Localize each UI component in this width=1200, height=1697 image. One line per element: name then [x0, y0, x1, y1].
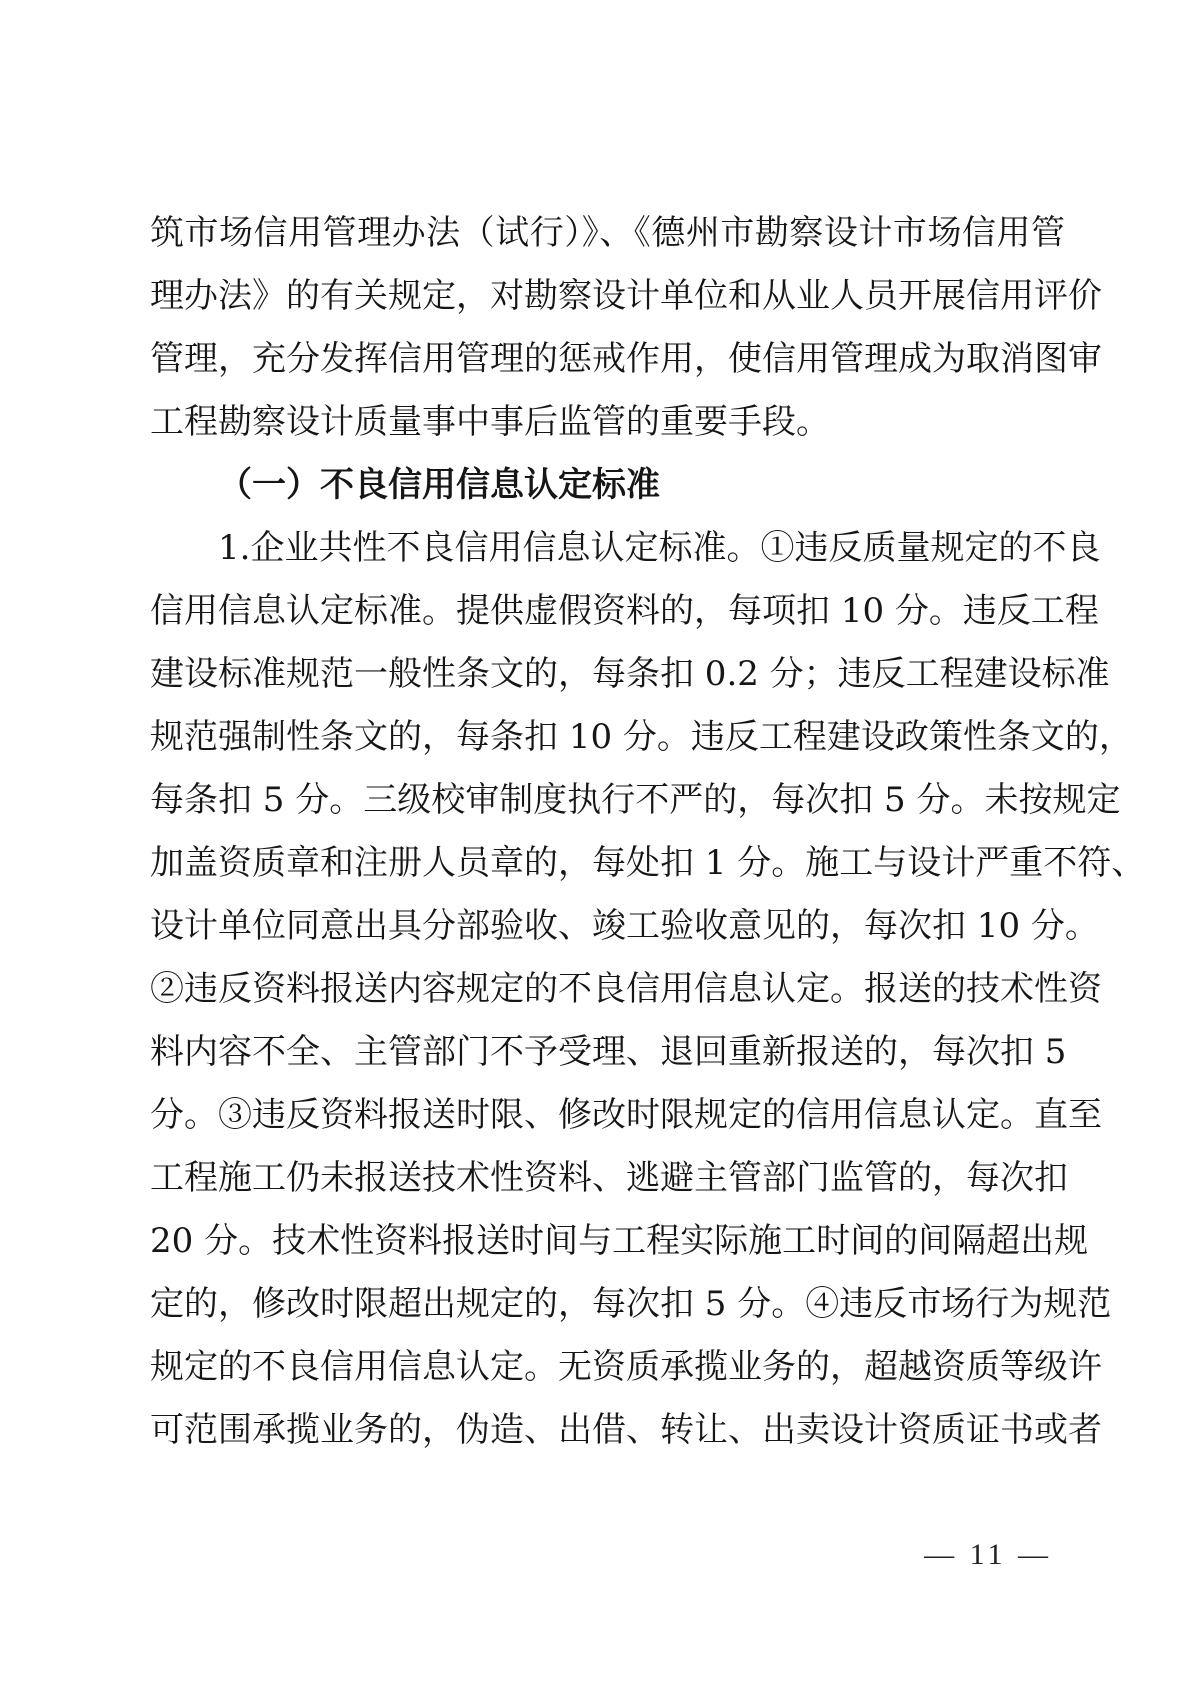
text-line: 工程施工仍未报送技术性资料、逃避主管部门监管的，每次扣 — [150, 1147, 1065, 1210]
text-line: 加盖资质章和注册人员章的，每处扣 1 分。施工与设计严重不符、 — [150, 832, 1065, 895]
page-number: — 11 — — [924, 1538, 1052, 1572]
text-line: 筑市场信用管理办法（试行）》、《德州市勘察设计市场信用管 — [150, 202, 1065, 265]
text-line: 规定的不良信用信息认定。无资质承揽业务的，超越资质等级许 — [150, 1336, 1065, 1399]
text-line: 理办法》的有关规定，对勘察设计单位和从业人员开展信用评价 — [150, 265, 1065, 328]
text-line: 料内容不全、主管部门不予受理、退回重新报送的，每次扣 5 — [150, 1021, 1065, 1084]
text-line: 设计单位同意出具分部验收、竣工验收意见的，每次扣 10 分。 — [150, 895, 1065, 958]
text-block: 筑市场信用管理办法（试行）》、《德州市勘察设计市场信用管 理办法》的有关规定，对… — [150, 202, 1065, 1462]
document-page: 筑市场信用管理办法（试行）》、《德州市勘察设计市场信用管 理办法》的有关规定，对… — [0, 0, 1200, 1697]
text-line: ②违反资料报送内容规定的不良信用信息认定。报送的技术性资 — [150, 958, 1065, 1021]
text-line: 每条扣 5 分。三级校审制度执行不严的，每次扣 5 分。未按规定 — [150, 769, 1065, 832]
text-line: 规范强制性条文的，每条扣 10 分。违反工程建设政策性条文的， — [150, 706, 1065, 769]
text-line: 管理，充分发挥信用管理的惩戒作用，使信用管理成为取消图审 — [150, 328, 1065, 391]
text-line: 定的，修改时限超出规定的，每次扣 5 分。④违反市场行为规范 — [150, 1273, 1065, 1336]
paragraph-start-line: 1.企业共性不良信用信息认定标准。①违反质量规定的不良 — [150, 517, 1065, 580]
paragraph-end-line: 工程勘察设计质量事中事后监管的重要手段。 — [150, 391, 1065, 454]
text-line: 分。③违反资料报送时限、修改时限规定的信用信息认定。直至 — [150, 1084, 1065, 1147]
text-line: 20 分。技术性资料报送时间与工程实际施工时间的间隔超出规 — [150, 1210, 1065, 1273]
text-line: 信用信息认定标准。提供虚假资料的，每项扣 10 分。违反工程 — [150, 580, 1065, 643]
text-line: 建设标准规范一般性条文的，每条扣 0.2 分；违反工程建设标准 — [150, 643, 1065, 706]
text-line: 可范围承揽业务的，伪造、出借、转让、出卖设计资质证书或者 — [150, 1399, 1065, 1462]
section-heading: （一）不良信用信息认定标准 — [150, 454, 1065, 517]
